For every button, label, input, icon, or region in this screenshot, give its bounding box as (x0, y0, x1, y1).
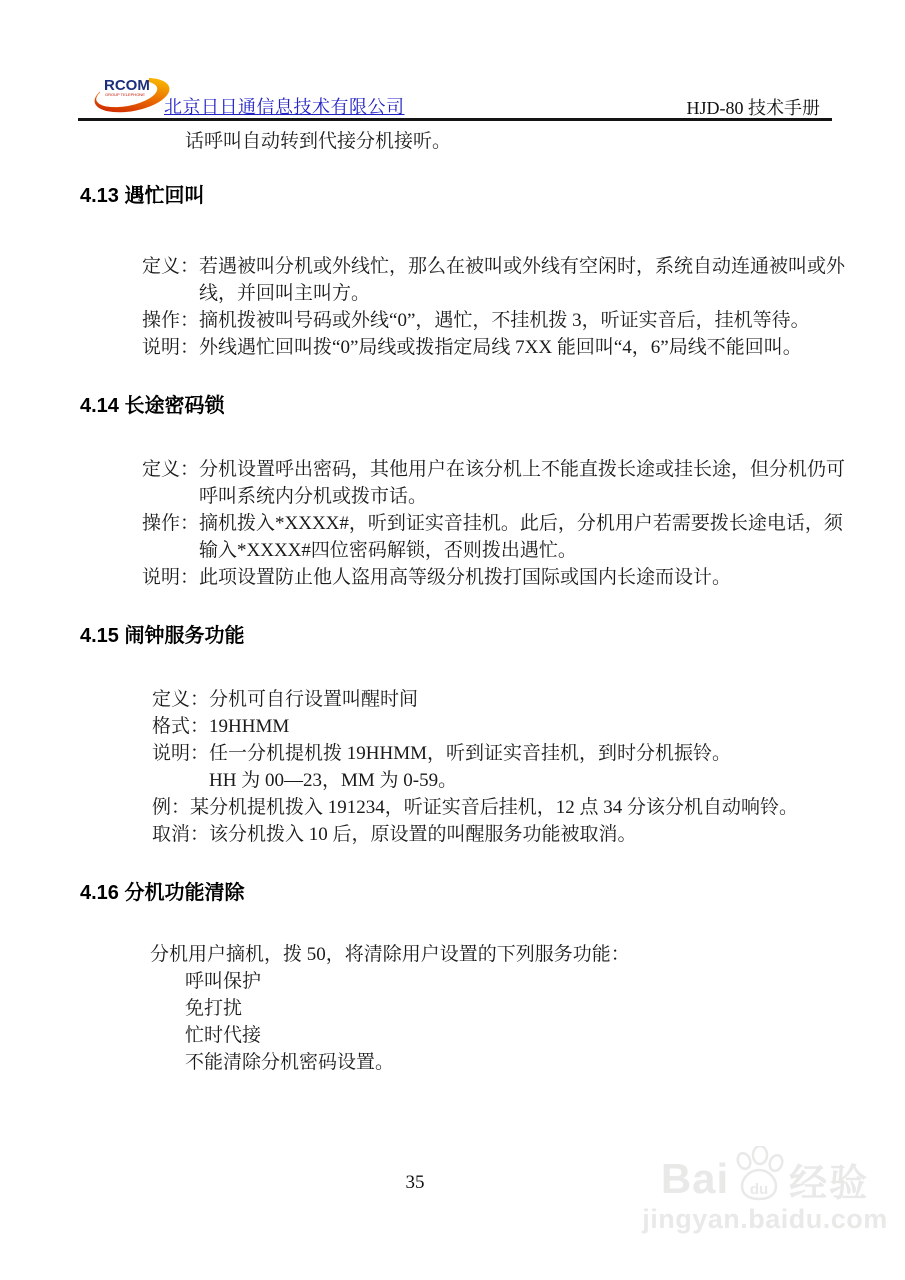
entry-definition: 定义： 分机设置呼出密码，其他用户在该分机上不能直拨长途或挂长途，但分机仍可 呼… (142, 456, 830, 510)
entry-line: 摘机拨入*XXXX#，听到证实音挂机。此后，分机用户若需要拨长途电话，须 (199, 510, 830, 537)
entry-example: 例： 某分机提机拨入 191234，听证实音后挂机，12 点 34 分该分机自动… (152, 794, 830, 821)
entry-lines: 19HHMM (209, 713, 830, 740)
entry-lines: 此项设置防止他人盗用高等级分机拨打国际或国内长途而设计。 (199, 564, 830, 591)
entry-line: 摘机拨被叫号码或外线“0”，遇忙，不挂机拨 3，听证实音后，挂机等待。 (199, 307, 830, 334)
watermark-bai-text: Bai (661, 1155, 729, 1203)
entry-note: 说明： 任一分机提机拨 19HHMM，听到证实音挂机，到时分机振铃。 HH 为 … (152, 740, 830, 794)
watermark-du-text: du (750, 1181, 768, 1198)
entry-operation: 操作： 摘机拨入*XXXX#，听到证实音挂机。此后，分机用户若需要拨长途电话，须… (142, 510, 830, 564)
entry-line: 19HHMM (209, 713, 830, 740)
document-body: 话呼叫自动转到代接分机接听。 4.13 遇忙回叫 定义： 若遇被叫分机或外线忙，… (80, 121, 830, 1076)
company-link[interactable]: 北京日日通信息技术有限公司 (164, 93, 405, 119)
section-entries: 定义： 分机可自行设置叫醒时间 格式： 19HHMM 说明： 任一分机提机拨 1… (80, 686, 830, 848)
section-entries: 定义： 若遇被叫分机或外线忙，那么在被叫或外线有空闲时，系统自动连通被叫或外 线… (80, 253, 830, 361)
section-entries: 定义： 分机设置呼出密码，其他用户在该分机上不能直拨长途或挂长途，但分机仍可 呼… (80, 456, 830, 591)
list-item: 忙时代接 (185, 1022, 830, 1049)
list-item: 不能清除分机密码设置。 (185, 1049, 830, 1076)
page-header: RCOM GROUP TELEPHONE 北京日日通信息技术有限公司 HJD-8… (0, 0, 905, 121)
entry-line: 线，并回叫主叫方。 (199, 280, 830, 307)
entry-line: 外线遇忙回叫拨“0”局线或拨指定局线 7XX 能回叫“4，6”局线不能回叫。 (199, 334, 830, 361)
section-4-16: 4.16 分机功能清除 分机用户摘机，拨 50，将清除用户设置的下列服务功能： … (80, 881, 830, 1076)
entry-lines: 某分机提机拨入 191234，听证实音后挂机，12 点 34 分该分机自动响铃。 (190, 794, 830, 821)
document-page: RCOM GROUP TELEPHONE 北京日日通信息技术有限公司 HJD-8… (0, 0, 905, 1280)
entry-label: 说明： (152, 740, 209, 794)
manual-title: HJD-80 技术手册 (687, 94, 821, 120)
entry-line: 呼叫系统内分机或拨市话。 (199, 483, 830, 510)
entry-line: HH 为 00—23，MM 为 0-59。 (209, 767, 830, 794)
watermark-cn-text: 经验 (789, 1152, 869, 1207)
entry-definition: 定义： 分机可自行设置叫醒时间 (152, 686, 830, 713)
entry-label: 格式： (152, 713, 209, 740)
entry-operation: 操作： 摘机拨被叫号码或外线“0”，遇忙，不挂机拨 3，听证实音后，挂机等待。 (142, 307, 830, 334)
entry-line: 某分机提机拨入 191234，听证实音后挂机，12 点 34 分该分机自动响铃。 (190, 794, 830, 821)
entry-label: 取消： (152, 821, 209, 848)
section-4-15: 4.15 闹钟服务功能 定义： 分机可自行设置叫醒时间 格式： 19HHMM 说… (80, 624, 830, 848)
entry-label: 操作： (142, 510, 199, 564)
entry-label: 定义： (142, 456, 199, 510)
entry-line: 此项设置防止他人盗用高等级分机拨打国际或国内长途而设计。 (199, 564, 830, 591)
paw-icon: du (731, 1146, 787, 1204)
entry-cancel: 取消： 该分机拨入 10 后，原设置的叫醒服务功能被取消。 (152, 821, 830, 848)
entry-lines: 任一分机提机拨 19HHMM，听到证实音挂机，到时分机振铃。 HH 为 00—2… (209, 740, 830, 794)
baidu-watermark: Bai du 经验 jingyan.baidu.com (629, 1150, 901, 1235)
entry-lines: 若遇被叫分机或外线忙，那么在被叫或外线有空闲时，系统自动连通被叫或外 线，并回叫… (199, 253, 830, 307)
list-item: 免打扰 (185, 995, 830, 1022)
entry-line: 输入*XXXX#四位密码解锁，否则拨出遇忙。 (199, 537, 830, 564)
entry-line: 若遇被叫分机或外线忙，那么在被叫或外线有空闲时，系统自动连通被叫或外 (199, 253, 830, 280)
watermark-url: jingyan.baidu.com (629, 1204, 901, 1235)
entry-lines: 摘机拨入*XXXX#，听到证实音挂机。此后，分机用户若需要拨长途电话，须 输入*… (199, 510, 830, 564)
entry-note: 说明： 外线遇忙回叫拨“0”局线或拨指定局线 7XX 能回叫“4，6”局线不能回… (142, 334, 830, 361)
entry-lines: 分机设置呼出密码，其他用户在该分机上不能直拨长途或挂长途，但分机仍可 呼叫系统内… (199, 456, 830, 510)
logo-tagline-text: GROUP TELEPHONE (105, 92, 145, 97)
entry-lines: 该分机拨入 10 后，原设置的叫醒服务功能被取消。 (209, 821, 830, 848)
continuation-line: 话呼叫自动转到代接分机接听。 (185, 128, 830, 156)
section-4-13: 4.13 遇忙回叫 定义： 若遇被叫分机或外线忙，那么在被叫或外线有空闲时，系统… (80, 184, 830, 361)
entry-lines: 摘机拨被叫号码或外线“0”，遇忙，不挂机拨 3，听证实音后，挂机等待。 (199, 307, 830, 334)
clear-list: 呼叫保护 免打扰 忙时代接 不能清除分机密码设置。 (80, 968, 830, 1076)
section-heading: 4.13 遇忙回叫 (80, 184, 830, 208)
entry-lines: 分机可自行设置叫醒时间 (209, 686, 830, 713)
entry-label: 操作： (142, 307, 199, 334)
entry-label: 定义： (142, 253, 199, 307)
section-heading: 4.14 长途密码锁 (80, 394, 830, 418)
section-heading: 4.16 分机功能清除 (80, 881, 830, 905)
rcom-logo-icon: RCOM GROUP TELEPHONE (92, 73, 172, 117)
entry-label: 说明： (142, 334, 199, 361)
section-4-14: 4.14 长途密码锁 定义： 分机设置呼出密码，其他用户在该分机上不能直拨长途或… (80, 394, 830, 591)
entry-label: 说明： (142, 564, 199, 591)
entry-definition: 定义： 若遇被叫分机或外线忙，那么在被叫或外线有空闲时，系统自动连通被叫或外 线… (142, 253, 830, 307)
entry-format: 格式： 19HHMM (152, 713, 830, 740)
list-item: 呼叫保护 (185, 968, 830, 995)
section-heading: 4.15 闹钟服务功能 (80, 624, 830, 648)
entry-line: 分机可自行设置叫醒时间 (209, 686, 830, 713)
entry-lines: 外线遇忙回叫拨“0”局线或拨指定局线 7XX 能回叫“4，6”局线不能回叫。 (199, 334, 830, 361)
entry-line: 任一分机提机拨 19HHMM，听到证实音挂机，到时分机振铃。 (209, 740, 830, 767)
entry-line: 分机设置呼出密码，其他用户在该分机上不能直拨长途或挂长途，但分机仍可 (199, 456, 830, 483)
entry-line: 该分机拨入 10 后，原设置的叫醒服务功能被取消。 (209, 821, 830, 848)
rcom-logo: RCOM GROUP TELEPHONE (92, 73, 172, 117)
watermark-brand: Bai du 经验 (629, 1150, 901, 1208)
entry-note: 说明： 此项设置防止他人盗用高等级分机拨打国际或国内长途而设计。 (142, 564, 830, 591)
entry-label: 例： (152, 794, 190, 821)
clear-intro-line: 分机用户摘机，拨 50，将清除用户设置的下列服务功能： (80, 941, 830, 968)
entry-label: 定义： (152, 686, 209, 713)
